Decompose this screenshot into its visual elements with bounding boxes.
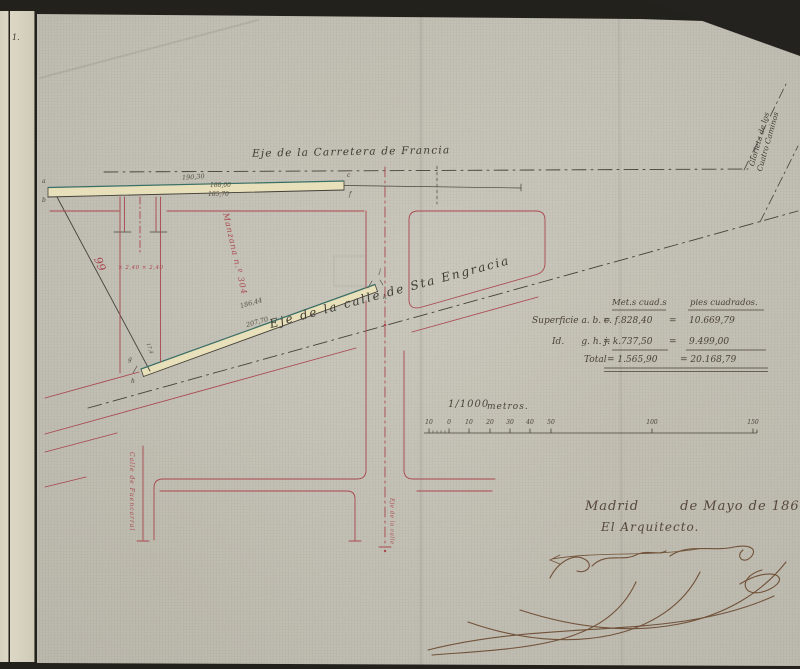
parcel-letter: f: [349, 192, 351, 199]
measurement-label: 190,30: [182, 173, 205, 182]
scanned-plan-page: 1.: [0, 0, 800, 669]
parcel-letter: c: [347, 173, 350, 180]
place-date-line: Madrid de Mayo de 1869.: [585, 500, 800, 515]
scale-tick-label: 50: [547, 419, 555, 426]
measurement-label: 185,70: [208, 192, 229, 199]
scale-tick-label: 150: [747, 419, 758, 426]
scale-tick-label: 20: [486, 419, 494, 426]
pencil-block-outline: [334, 256, 366, 286]
table-value-pies: 9.499,00: [689, 337, 729, 347]
plan-linework: [0, 0, 800, 669]
axis-end-dot: [384, 550, 386, 552]
parcel-letter: b: [42, 198, 46, 205]
scale-bar: [424, 429, 757, 434]
signature-flourish: [428, 596, 774, 650]
signature-rubric-loop: [740, 570, 779, 593]
street-axis-vertical-label: Eje de la calle: [388, 498, 394, 558]
table-value-m2: 737,50: [621, 337, 653, 347]
signature-arrow-stroke: [550, 549, 698, 564]
table-value-pies: 10.669,79: [689, 316, 735, 326]
table-value-m2: 828,40: [621, 316, 653, 326]
street-edge: [160, 491, 355, 540]
parcel-letter: k: [383, 295, 387, 302]
diagonal-street-edge: [45, 348, 356, 434]
engracia-axis-line: [88, 211, 798, 408]
table-value-m2: = 1.565,90: [607, 355, 657, 365]
table-eq: =: [603, 316, 611, 326]
street-name-vertical-west: Calle de Fuencarral: [127, 452, 134, 547]
signature-stroke: [670, 546, 754, 560]
parcel-letter: a: [42, 179, 46, 186]
teal-alignment-lines: [48, 181, 375, 369]
signature-flourish: [432, 582, 636, 655]
table-row-label: Id. g. h. j. k.: [552, 337, 621, 347]
architect-signature: [428, 546, 786, 655]
scale-fraction: 1/1000: [448, 399, 489, 411]
table-header-pies: pies cuadrados.: [690, 299, 758, 309]
diagonal-street-edge: [412, 297, 538, 332]
table-eq: =: [603, 337, 611, 347]
table-row-label: Total: [584, 355, 607, 365]
signature-stroke: [550, 557, 589, 578]
red-street-lines: [45, 167, 545, 552]
scale-tick-label: 30: [506, 419, 514, 426]
table-eq: =: [669, 316, 677, 326]
scale-major-ticks: [429, 429, 757, 434]
dimension-note: × 2,40 × 2,40: [118, 265, 163, 271]
scale-tick-label: 100: [646, 419, 657, 426]
table-value-pies: = 20.168,79: [680, 355, 736, 365]
total-double-underline: [604, 368, 768, 372]
scale-unit: metros.: [487, 402, 529, 412]
signature-flourish: [520, 562, 786, 629]
table-header-metros: Met.s cuad.s: [612, 299, 667, 309]
crease-line: [40, 20, 258, 78]
table-eq: =: [669, 337, 677, 347]
parcel-letter: j: [379, 269, 381, 276]
street-edge: [154, 301, 366, 540]
parcel-letter: h: [131, 379, 135, 386]
scale-tick-label: 40: [526, 419, 534, 426]
diagonal-street-edge: [45, 433, 117, 452]
scale-tick-label: 10: [425, 419, 433, 426]
architect-role-line: El Arquitecto.: [601, 521, 699, 535]
scale-tick-label: 0: [447, 419, 451, 426]
street-edge: [404, 351, 495, 479]
axis-intersection-dot: [384, 324, 387, 327]
street-end-feet: [137, 541, 391, 547]
parcel-side-line: [57, 197, 150, 371]
scale-tick-label: 10: [465, 419, 473, 426]
measurement-label: 188,00: [210, 183, 231, 190]
diagonal-street-edge: [45, 372, 139, 398]
paper-creases: [40, 14, 622, 664]
alignment-extension-line: [344, 186, 521, 189]
parcel-letter: g: [128, 357, 132, 364]
diagonal-street-edge: [45, 477, 86, 487]
